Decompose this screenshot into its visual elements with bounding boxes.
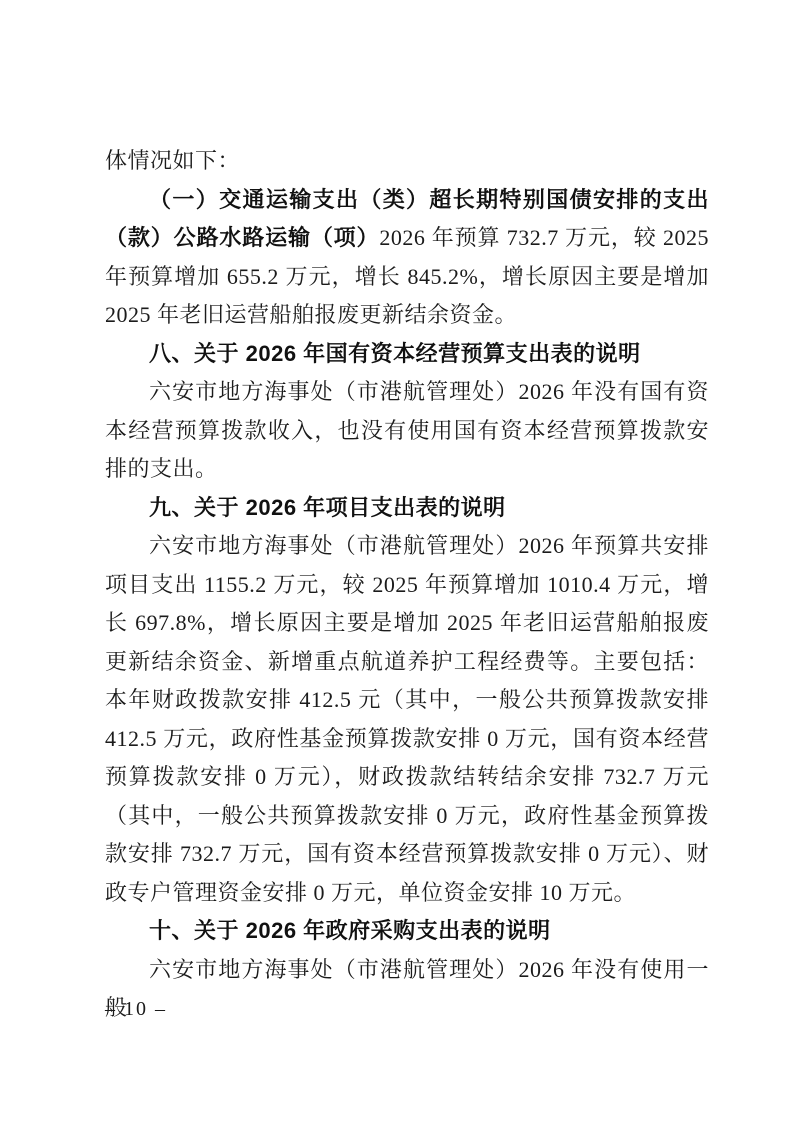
document-body: 体情况如下： （一）交通运输支出（类）超长期特别国债安排的支出（款）公路水路运输… [105, 142, 709, 1028]
paragraph-item-one: （一）交通运输支出（类）超长期特别国债安排的支出（款）公路水路运输（项）2026… [105, 181, 709, 335]
section-10-heading: 十、关于 2026 年政府采购支出表的说明 [105, 912, 709, 951]
section-8-paragraph: 六安市地方海事处（市港航管理处）2026 年没有国有资本经营预算拨款收入，也没有… [105, 373, 709, 489]
section-9-paragraph: 六安市地方海事处（市港航管理处）2026 年预算共安排项目支出 1155.2 万… [105, 527, 709, 912]
document-page: 体情况如下： （一）交通运输支出（类）超长期特别国债安排的支出（款）公路水路运输… [0, 0, 793, 1122]
section-9-heading: 九、关于 2026 年项目支出表的说明 [105, 489, 709, 528]
page-number: – 10 – [105, 996, 167, 1022]
section-8-heading: 八、关于 2026 年国有资本经营预算支出表的说明 [105, 335, 709, 374]
paragraph-continuation: 体情况如下： [105, 142, 709, 181]
section-10-paragraph: 六安市地方海事处（市港航管理处）2026 年没有使用一般 [105, 951, 709, 1028]
